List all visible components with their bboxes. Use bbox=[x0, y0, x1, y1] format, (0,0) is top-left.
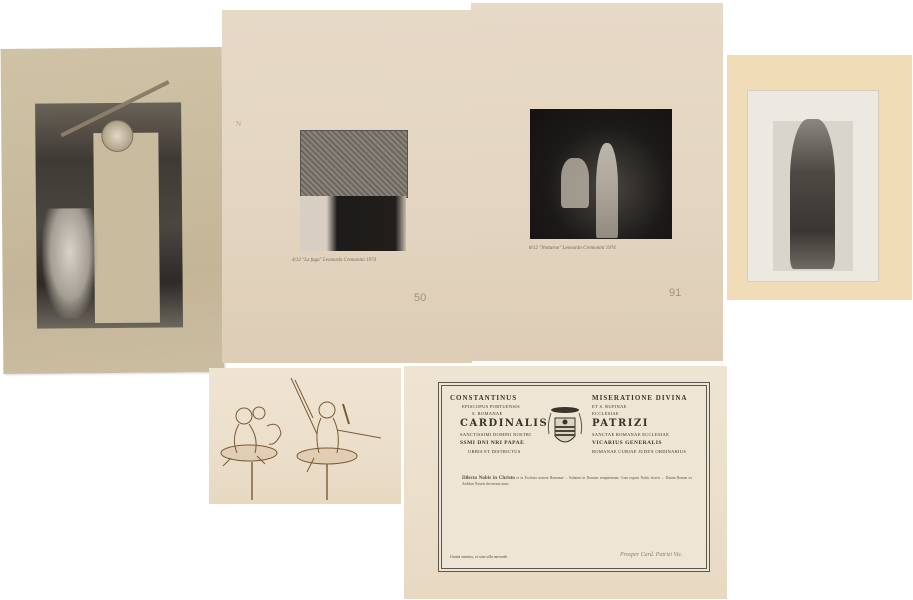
header-left-line3: S. ROMANAE bbox=[472, 411, 503, 416]
medallion-image bbox=[101, 120, 133, 152]
pencil-number: 50 bbox=[414, 292, 426, 304]
ornamental-border: CONSTANTINUS EPISCOPUS PORTUENSIS S. ROM… bbox=[438, 382, 710, 572]
etching-lower-panel bbox=[300, 196, 406, 251]
blank-text-panel bbox=[93, 133, 160, 324]
etching-caption: 4/12 "La fuga" Leonardo Cremonini 1974 bbox=[292, 258, 376, 263]
header-right-line1: MISERATIONE DIVINA bbox=[592, 394, 687, 402]
header-left-line5: SANCTISSIMI DOMINI NOSTRI bbox=[460, 432, 531, 437]
etching-la-fuga-sheet: N 4/12 "La fuga" Leonardo Cremonini 1974… bbox=[222, 10, 472, 363]
bearded-painter-figure bbox=[790, 119, 835, 269]
header-right-line3: ECCLESIAE bbox=[592, 411, 619, 416]
watercolour-swing-sheet bbox=[1, 47, 225, 374]
cloaked-figure-right bbox=[596, 143, 618, 238]
handwritten-signature: Prosper Card. Patrizi Vic. bbox=[620, 552, 683, 558]
cloaked-figure-left bbox=[561, 158, 589, 208]
body-opening: Dilecto Nobis in Christo bbox=[462, 476, 515, 481]
certificate-body: Dilecto Nobis in Christo et in Ecclesia … bbox=[462, 476, 692, 487]
header-left-line4: CARDINALIS bbox=[460, 418, 548, 429]
header-right-line2: ET S. RUFINAE bbox=[592, 404, 627, 409]
header-left-line2: EPISCOPUS PORTUENSIS bbox=[462, 404, 520, 409]
header-right-line7: ROMANAE CURIAE JUDEX ORDINARIUS bbox=[592, 449, 686, 454]
header-right-line6: VICARIUS GENERALIS bbox=[592, 440, 662, 446]
header-right-line5: SANCTAE ROMANAE ECCLESIAE bbox=[592, 432, 669, 437]
etching-caption: 8/12 "Notturno" Leonardo Cremonini 1974 bbox=[529, 246, 616, 251]
header-left-line1: CONSTANTINUS bbox=[450, 394, 517, 402]
header-left-line6: SSMI DNI NRI PAPAE bbox=[460, 440, 524, 446]
etching-notturno-sheet: 8/12 "Notturno" Leonardo Cremonini 1974 … bbox=[471, 3, 723, 361]
engraving-print bbox=[747, 90, 879, 282]
certificate-footer: Gratis omnino, et sine ulla mercede. bbox=[450, 554, 508, 559]
coat-of-arms-icon bbox=[545, 404, 585, 454]
pencil-number: 91 bbox=[669, 287, 681, 299]
etching-upper-panel bbox=[300, 130, 408, 198]
woman-on-swing-figure bbox=[42, 208, 98, 318]
putti-sketch-icon bbox=[209, 368, 401, 504]
putti-drawing-sheet bbox=[209, 368, 401, 504]
header-left-line7: URBIS ET DISTRICTUS bbox=[468, 449, 521, 454]
cardinal-certificate-sheet: CONSTANTINUS EPISCOPUS PORTUENSIS S. ROM… bbox=[404, 366, 727, 599]
matted-engraving bbox=[727, 55, 912, 300]
header-right-line4: PATRIZI bbox=[592, 418, 649, 429]
edge-mark: N bbox=[236, 120, 241, 128]
